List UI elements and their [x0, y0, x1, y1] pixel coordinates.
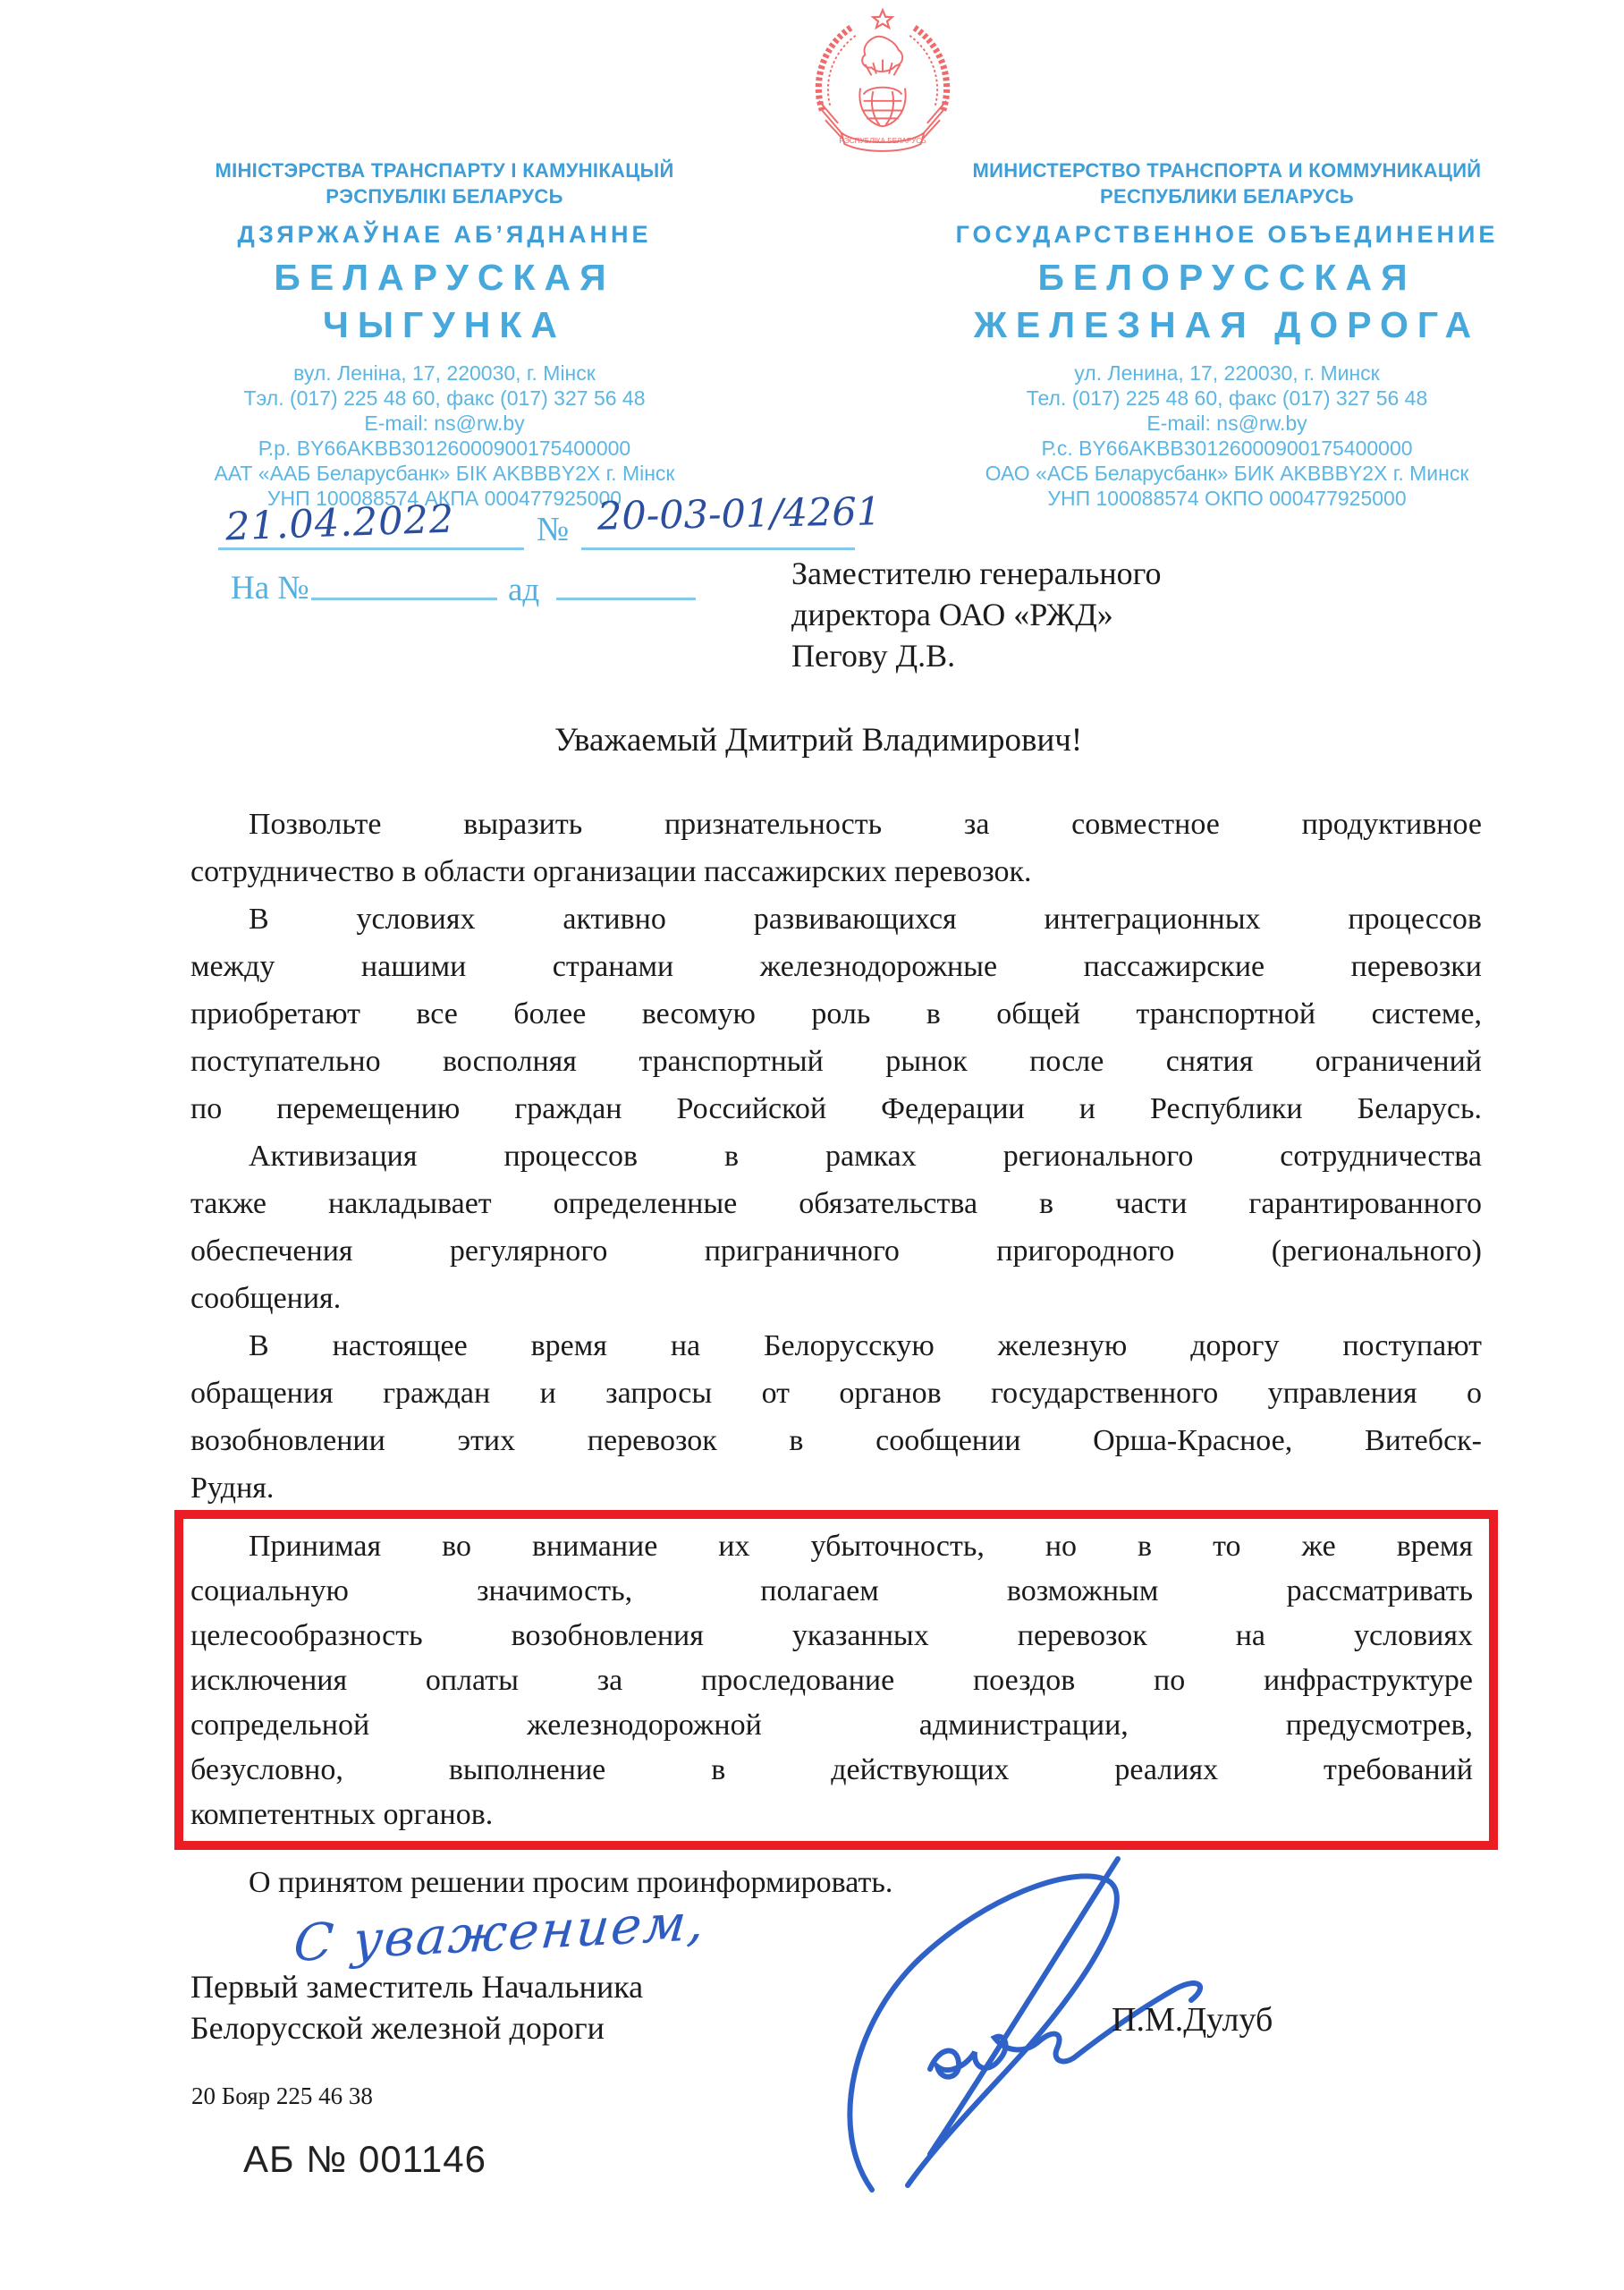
date-underline [218, 547, 524, 550]
addressee-block: Заместителю генерального директора ОАО «… [791, 553, 1162, 676]
signer-title: Первый заместитель Начальника Белорусско… [190, 1966, 643, 2048]
emblem-ribbon-text: РЭСПУБЛІКА БЕЛАРУСЬ [839, 137, 926, 145]
highlighted-line: целесообразность возобновления указанных… [190, 1614, 1473, 1658]
handwritten-outgoing-number: 20-03-01/4261 [597, 489, 882, 539]
highlight-box: Принимая во внимание их убыточность, но … [174, 1510, 1498, 1850]
body-line: также накладывает определенные обязатель… [190, 1180, 1482, 1227]
body-line: обеспечения регулярного приграничного пр… [190, 1227, 1482, 1275]
coat-of-arms-belarus-icon: РЭСПУБЛІКА БЕЛАРУСЬ [803, 5, 962, 165]
highlighted-line: безусловно, выполнение в действующих реа… [190, 1748, 1473, 1793]
ministry-line: РЭСПУБЛІКІ БЕЛАРУСЬ [123, 183, 765, 209]
ministry-line: МИНИСТЕРСТВО ТРАНСПОРТА И КОММУНИКАЦИЙ [914, 157, 1540, 183]
organization-name: БЕЛОРУССКАЯ [914, 254, 1540, 301]
handwritten-date: 21.04.2022 [224, 497, 455, 550]
addressee-line: директора ОАО «РЖД» [791, 594, 1162, 635]
form-number: АБ № 001146 [243, 2138, 486, 2181]
body-line: сообщения. [190, 1275, 1482, 1322]
highlighted-line: исключения оплаты за проследование поезд… [190, 1658, 1473, 1703]
letterhead-russian: МИНИСТЕРСТВО ТРАНСПОРТА И КОММУНИКАЦИЙ Р… [914, 157, 1540, 511]
ministry-line: РЕСПУБЛИКИ БЕЛАРУСЬ [914, 183, 1540, 209]
account-line: Р.р. BY66AKBB30126000900175400000 [123, 436, 765, 461]
ministry-line: МІНІСТЭРСТВА ТРАНСПАРТУ І КАМУНІКАЦЫЙ [123, 157, 765, 183]
highlighted-line: сопредельной железнодорожной администрац… [190, 1703, 1473, 1748]
addressee-line: Пегову Д.В. [791, 635, 1162, 676]
body-line: возобновлении этих перевозок в сообщении… [190, 1417, 1482, 1464]
letterhead-belarusian: МІНІСТЭРСТВА ТРАНСПАРТУ І КАМУНІКАЦЫЙ РЭ… [123, 157, 765, 511]
addressee-line: Заместителю генерального [791, 553, 1162, 594]
signer-title-line: Первый заместитель Начальника [190, 1966, 643, 2007]
account-line: Р.с. BY66AKBB30126000900175400000 [914, 436, 1540, 461]
organization-name: БЕЛАРУСКАЯ [123, 254, 765, 301]
address-line: ул. Ленина, 17, 220030, г. Минск [914, 360, 1540, 386]
highlighted-line: компетентных органов. [190, 1793, 1473, 1837]
body-line: сотрудничество в области организации пас… [190, 848, 1482, 895]
signer-title-line: Белорусской железной дороги [190, 2007, 643, 2048]
body-line: В условиях активно развивающихся интегра… [190, 895, 1482, 943]
signer-name: П.М.Дулуб [1112, 2000, 1273, 2040]
body-line: обращения граждан и запросы от органов г… [190, 1370, 1482, 1417]
email-line: E-mail: ns@rw.by [914, 411, 1540, 436]
body-line: Позвольте выразить признательность за со… [190, 801, 1482, 848]
number-underline [581, 547, 855, 550]
bank-line: ОАО «АСБ Беларусбанк» БИК AKBBBY2X г. Ми… [914, 461, 1540, 486]
letter-body: Позвольте выразить признательность за со… [190, 801, 1482, 1512]
highlighted-line: социальную значимость, полагаем возможны… [190, 1569, 1473, 1614]
body-line: Активизация процессов в рамках региональ… [190, 1132, 1482, 1180]
body-line: между нашими странами железнодорожные па… [190, 943, 1482, 990]
highlighted-line: Принимая во внимание их убыточность, но … [190, 1524, 1473, 1569]
bank-line: ААТ «ААБ Беларусбанк» БІК AKBBBY2X г. Мі… [123, 461, 765, 486]
letter-page: РЭСПУБЛІКА БЕЛАРУСЬ МІНІСТЭРСТВА ТРАНСПА… [0, 0, 1624, 2290]
reply-date-underline [556, 598, 696, 600]
body-line: Рудня. [190, 1464, 1482, 1512]
association-line: ДЗЯРЖАЎНАЕ АБ’ЯДНАННЕ [123, 219, 765, 250]
ids-line: УНП 100088574 ОКПО 000477925000 [914, 486, 1540, 511]
body-line: по перемещению граждан Российской Федера… [190, 1085, 1482, 1132]
salutation: Уважаемый Дмитрий Владимирович! [554, 721, 1082, 759]
phone-line: Тэл. (017) 225 48 60, факс (017) 327 56 … [123, 386, 765, 411]
association-line: ГОСУДАРСТВЕННОЕ ОБЪЕДИНЕНИЕ [914, 219, 1540, 250]
organization-name: ЧЫГУНКА [123, 301, 765, 349]
email-line: E-mail: ns@rw.by [123, 411, 765, 436]
reply-number-underline [311, 598, 497, 600]
star-icon [873, 10, 892, 28]
executor-contact: 20 Бояр 225 46 38 [191, 2082, 373, 2110]
phone-line: Тел. (017) 225 48 60, факс (017) 327 56 … [914, 386, 1540, 411]
address-line: вул. Леніна, 17, 220030, г. Мінск [123, 360, 765, 386]
number-sign-label: № [537, 510, 569, 549]
reply-to-label: На № [231, 569, 309, 607]
reply-date-label: ад [508, 571, 539, 609]
body-line: приобретают все более весомую роль в общ… [190, 990, 1482, 1038]
body-line: поступательно восполняя транспортный рын… [190, 1038, 1482, 1085]
body-line: В настоящее время на Белорусскую железну… [190, 1322, 1482, 1370]
organization-name: ЖЕЛЕЗНАЯ ДОРОГА [914, 301, 1540, 349]
